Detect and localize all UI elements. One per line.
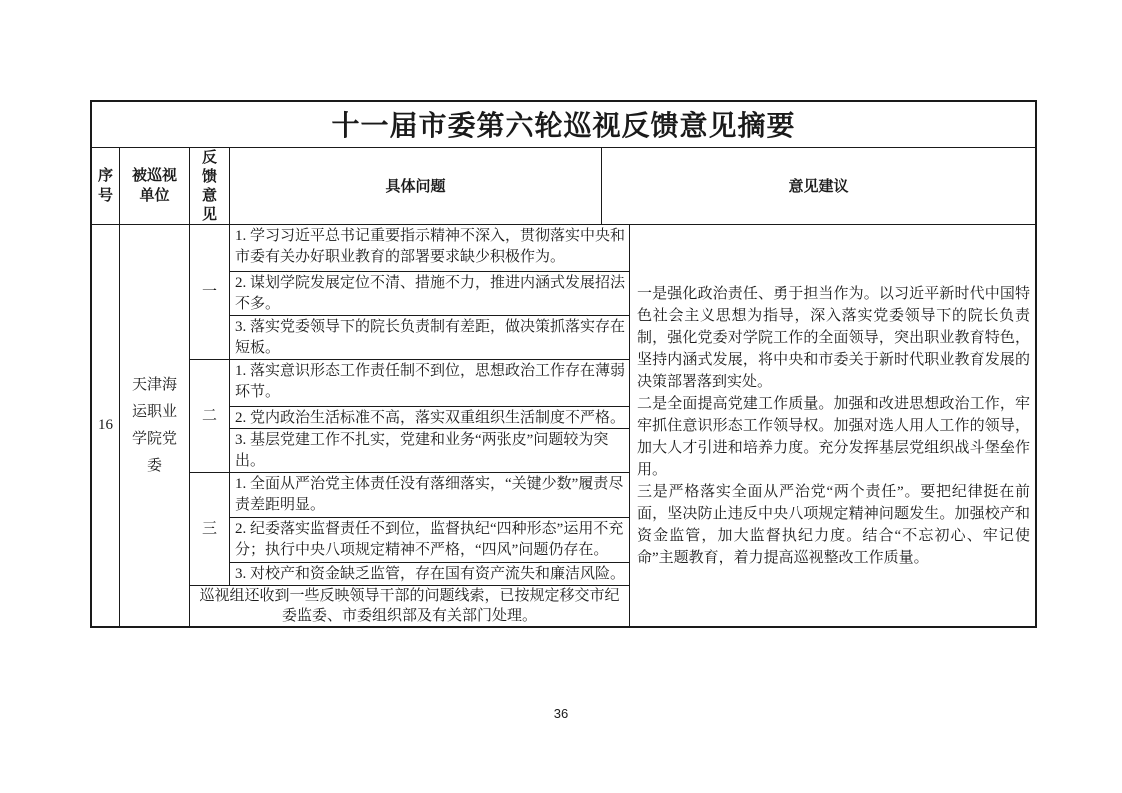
header-index: 序号 bbox=[92, 148, 120, 224]
problem-item: 2. 党内政治生活标准不高，落实双重组织生活制度不严格。 bbox=[230, 407, 629, 429]
row-unit-cell: 天津海运职业学院党委 bbox=[120, 225, 190, 626]
feedback-group-2-items: 1. 落实意识形态工作责任制不到位，思想政治工作存在薄弱环节。 2. 党内政治生… bbox=[230, 360, 629, 472]
feedback-group-1: 一 1. 学习习近平总书记重要指示精神不深入，贯彻落实中央和市委有关办好职业教育… bbox=[190, 225, 629, 360]
problem-item: 1. 学习习近平总书记重要指示精神不深入，贯彻落实中央和市委有关办好职业教育的部… bbox=[230, 225, 629, 272]
feedback-group-2-label: 二 bbox=[190, 360, 230, 472]
header-suggestions: 意见建议 bbox=[602, 148, 1035, 224]
suggestion-paragraph: 三是严格落实全面从严治党“两个责任”。要把纪律挺在前面，坚决防止违反中央八项规定… bbox=[637, 481, 1030, 569]
feedback-group-1-items: 1. 学习习近平总书记重要指示精神不深入，贯彻落实中央和市委有关办好职业教育的部… bbox=[230, 225, 629, 359]
table-body-row: 16 天津海运职业学院党委 一 1. 学习习近平总书记重要指示精神不深入，贯彻落… bbox=[92, 225, 1035, 626]
table-title: 十一届市委第六轮巡视反馈意见摘要 bbox=[92, 102, 1035, 148]
feedback-group-3: 三 1. 全面从严治党主体责任没有落细落实，“关键少数”履责尽责差距明显。 2.… bbox=[190, 473, 629, 586]
problem-item: 2. 谋划学院发展定位不清、措施不力，推进内涵式发展招法不多。 bbox=[230, 272, 629, 316]
suggestion-paragraph: 二是全面提高党建工作质量。加强和改进思想政治工作，牢牢抓住意识形态工作领导权。加… bbox=[637, 393, 1030, 481]
page-number: 36 bbox=[0, 706, 1122, 721]
feedback-group-3-label: 三 bbox=[190, 473, 230, 585]
suggestion-paragraph: 一是强化政治责任、勇于担当作为。以习近平新时代中国特色社会主义思想为指导，深入落… bbox=[637, 283, 1030, 393]
feedback-group-2: 二 1. 落实意识形态工作责任制不到位，思想政治工作存在薄弱环节。 2. 党内政… bbox=[190, 360, 629, 473]
feedback-group-3-items: 1. 全面从严治党主体责任没有落细落实，“关键少数”履责尽责差距明显。 2. 纪… bbox=[230, 473, 629, 585]
header-unit-label: 被巡视单位 bbox=[130, 166, 180, 206]
row-index-value: 16 bbox=[98, 415, 113, 436]
header-problems-label: 具体问题 bbox=[385, 175, 445, 196]
header-index-label: 序号 bbox=[97, 166, 114, 206]
problem-item: 3. 基层党建工作不扎实，党建和业务“两张皮”问题较为突出。 bbox=[230, 429, 629, 472]
row-unit-name: 天津海运职业学院党委 bbox=[131, 372, 178, 480]
inspection-summary-table: 十一届市委第六轮巡视反馈意见摘要 序号 被巡视单位 反馈意见 具体问题 意见建议… bbox=[90, 100, 1037, 628]
problem-item: 3. 落实党委领导下的院长负责制有差距，做决策抓落实存在短板。 bbox=[230, 316, 629, 359]
problem-item: 2. 纪委落实监督责任不到位，监督执纪“四种形态”运用不充分；执行中央八项规定精… bbox=[230, 518, 629, 563]
problem-item: 1. 全面从严治党主体责任没有落细落实，“关键少数”履责尽责差距明显。 bbox=[230, 473, 629, 518]
problems-column: 一 1. 学习习近平总书记重要指示精神不深入，贯彻落实中央和市委有关办好职业教育… bbox=[190, 225, 630, 626]
problem-item: 3. 对校产和资金缺乏监管，存在国有资产流失和廉洁风险。 bbox=[230, 563, 629, 585]
header-feedback: 反馈意见 bbox=[190, 148, 230, 224]
problem-item: 1. 落实意识形态工作责任制不到位，思想政治工作存在薄弱环节。 bbox=[230, 360, 629, 407]
feedback-group-1-label: 一 bbox=[190, 225, 230, 359]
header-suggestions-label: 意见建议 bbox=[788, 175, 848, 196]
clues-note: 巡视组还收到一些反映领导干部的问题线索，已按规定移交市纪委监委、市委组织部及有关… bbox=[190, 586, 629, 626]
header-feedback-label: 反馈意见 bbox=[201, 148, 218, 224]
suggestions-cell: 一是强化政治责任、勇于担当作为。以习近平新时代中国特色社会主义思想为指导，深入落… bbox=[630, 225, 1035, 626]
row-index-cell: 16 bbox=[92, 225, 120, 626]
header-unit: 被巡视单位 bbox=[120, 148, 190, 224]
header-problems: 具体问题 bbox=[230, 148, 602, 224]
table-header: 序号 被巡视单位 反馈意见 具体问题 意见建议 bbox=[92, 148, 1035, 225]
